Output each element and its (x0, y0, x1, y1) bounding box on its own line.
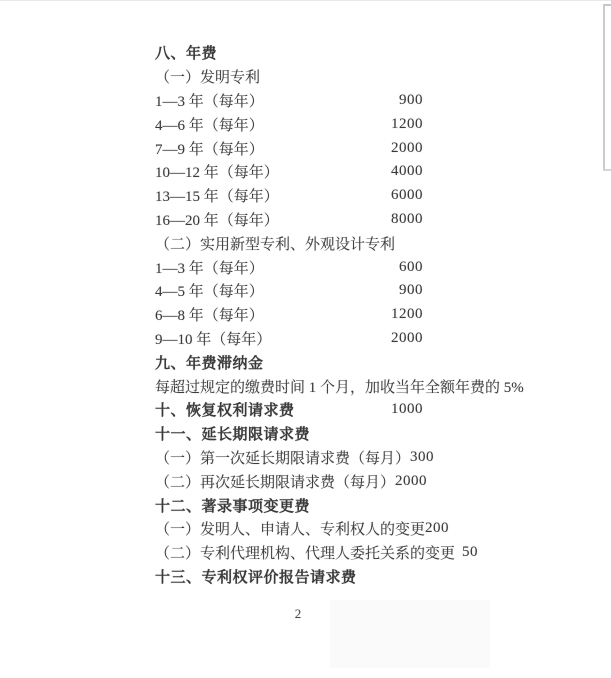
fee-row: 7—9 年（每年） 2000 (155, 136, 423, 160)
fee-label: 16—20 年（每年） (155, 209, 279, 230)
fee-row: 4—6 年（每年） 1200 (155, 112, 423, 136)
section-label: 十、恢复权利请求费 (155, 399, 295, 420)
fee-value: 200 (425, 520, 449, 537)
fee-row: （一）发明人、申请人、专利权人的变更 200 (155, 517, 423, 541)
section-label: 十一、延长期限请求费 (155, 423, 310, 444)
fee-row: 10—12 年（每年） 4000 (155, 160, 423, 184)
fee-row: 4—5 年（每年） 900 (155, 279, 423, 303)
scanned-document-page: 八、年费 （一）发明专利 1—3 年（每年） 900 4—6 年（每年） 120… (0, 0, 611, 678)
fee-label: 7—9 年（每年） (155, 138, 264, 159)
fee-row: 6—8 年（每年） 1200 (155, 303, 423, 327)
section-label: 十三、专利权评价报告请求费 (155, 566, 357, 587)
section-heading-late-fee: 九、年费滞纳金 (155, 350, 423, 374)
fee-row: （一）第一次延长期限请求费（每月） 300 (155, 446, 423, 470)
fee-value: 600 (399, 259, 423, 276)
page-number: 2 (155, 606, 441, 622)
subsection-label: （二）实用新型专利、外观设计专利 (155, 233, 395, 254)
fee-row: 9—10 年（每年） 2000 (155, 327, 423, 351)
fee-label: 4—6 年（每年） (155, 114, 264, 135)
fee-row: 1—3 年（每年） 600 (155, 255, 423, 279)
fee-label: （一）第一次延长期限请求费（每月） (155, 447, 410, 468)
fee-row: 13—15 年（每年） 6000 (155, 184, 423, 208)
fee-value: 8000 (391, 211, 423, 228)
fee-value: 1200 (391, 306, 423, 323)
fee-value: 2000 (395, 473, 427, 490)
fee-row: 1—3 年（每年） 900 (155, 89, 423, 113)
fee-value: 6000 (391, 187, 423, 204)
fee-value: 4000 (391, 163, 423, 180)
section-heading-evaluation-report-fee: 十三、专利权评价报告请求费 (155, 565, 423, 589)
subsection-invention-patent: （一）发明专利 (155, 65, 423, 89)
fee-label: 9—10 年（每年） (155, 328, 271, 349)
fee-label: 4—5 年（每年） (155, 280, 264, 301)
late-fee-note: 每超过规定的缴费时间 1 个月，加收当年全额年费的 5% (155, 374, 475, 398)
fee-value: 1200 (391, 116, 423, 133)
note-text: 每超过规定的缴费时间 1 个月，加收当年全额年费的 5% (155, 376, 524, 397)
fee-label: 10—12 年（每年） (155, 161, 279, 182)
section-label: 十二、著录事项变更费 (155, 495, 310, 516)
section-label: 九、年费滞纳金 (155, 352, 264, 373)
fee-label: （二）再次延长期限请求费（每月） (155, 471, 395, 492)
section-label: 八、年费 (155, 42, 217, 63)
scan-frame-vertical-line (603, 4, 605, 171)
fee-row: 16—20 年（每年） 8000 (155, 208, 423, 232)
fee-value: 300 (410, 449, 434, 466)
subsection-label: （一）发明专利 (155, 66, 260, 87)
fee-label: 1—3 年（每年） (155, 257, 264, 278)
fee-label: （一）发明人、申请人、专利权人的变更 (155, 518, 425, 539)
section-heading-bibliographic-change-fee: 十二、著录事项变更费 (155, 493, 423, 517)
section-heading-restore-rights-fee: 十、恢复权利请求费 1000 (155, 398, 423, 422)
fee-value: 50 (462, 544, 478, 561)
fee-row: （二）再次延长期限请求费（每月） 2000 (155, 469, 423, 493)
fee-value: 2000 (391, 330, 423, 347)
fee-row: （二）专利代理机构、代理人委托关系的变更 50 (155, 541, 485, 565)
fee-label: （二）专利代理机构、代理人委托关系的变更 (155, 542, 455, 563)
fee-label: 1—3 年（每年） (155, 90, 264, 111)
section-heading-extension-fee: 十一、延长期限请求费 (155, 422, 423, 446)
section-heading-annual-fee: 八、年费 (155, 41, 423, 65)
fee-value: 900 (399, 282, 423, 299)
fee-schedule: 八、年费 （一）发明专利 1—3 年（每年） 900 4—6 年（每年） 120… (155, 41, 475, 588)
fee-value: 2000 (391, 140, 423, 157)
scan-top-edge-line (0, 0, 611, 1)
fee-label: 13—15 年（每年） (155, 185, 279, 206)
fee-value: 900 (399, 92, 423, 109)
scan-frame-bottom-line (603, 169, 611, 171)
fee-label: 6—8 年（每年） (155, 304, 264, 325)
fee-value: 1000 (391, 401, 423, 418)
subsection-utility-design-patent: （二）实用新型专利、外观设计专利 (155, 231, 423, 255)
